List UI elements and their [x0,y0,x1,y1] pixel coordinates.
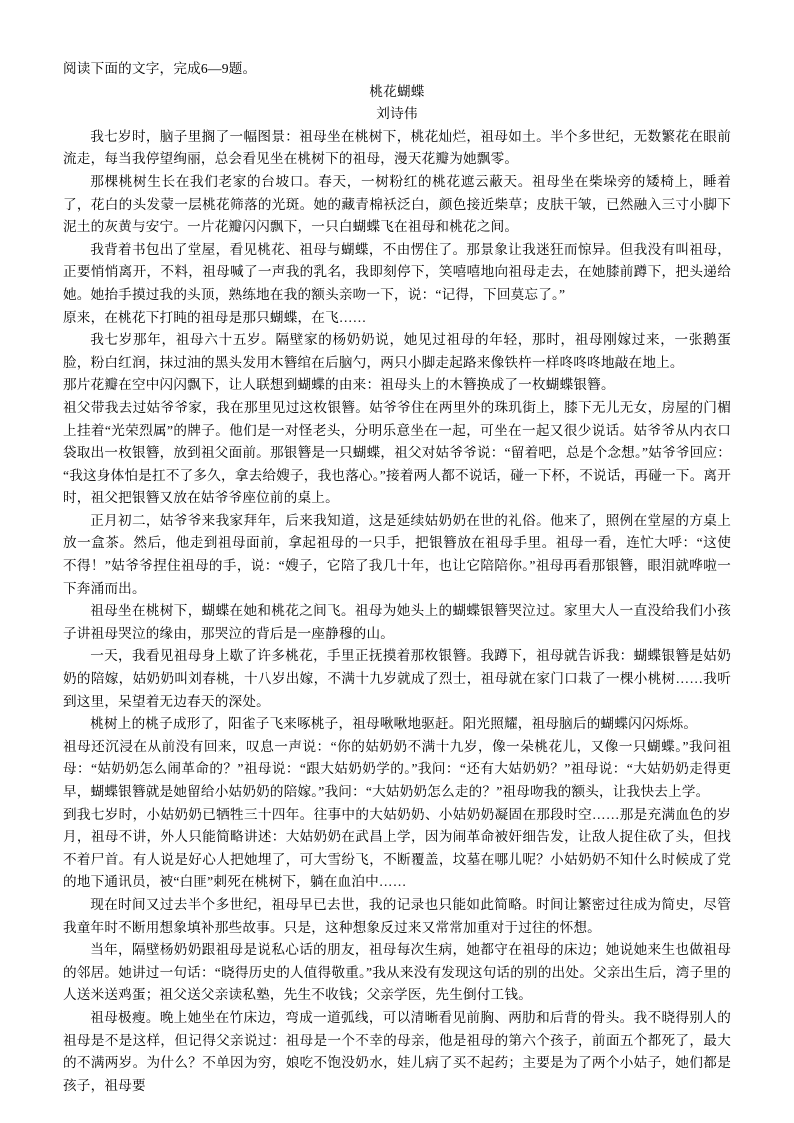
article-author: 刘诗伟 [63,103,731,126]
paragraph-7: 祖父带我去过姑爷爷家，我在那里见过这枚银簪。姑爷爷住在两里外的珠玑街上，膝下无儿… [63,397,731,510]
paragraph-1: 我七岁时，脑子里搁了一幅图景：祖母坐在桃树下，桃花灿烂，祖母如土。半个多世纪，无… [63,126,731,171]
paragraph-14: 现在时间又过去半个多世纪，祖母早已去世，我的记录也只能如此简略。时间让繁密过往成… [63,894,731,939]
paragraph-15: 当年，隔壁杨奶奶跟祖母是说私心话的朋友，祖母每次生病，她都守在祖母的床边；她说她… [63,939,731,1007]
paragraph-5: 我七岁那年，祖母六十五岁。隔壁家的杨奶奶说，她见过祖母的年轻，那时，祖母刚嫁过来… [63,329,731,374]
paragraph-11: 桃树上的桃子成形了，阳雀子飞来啄桃子，祖母啾啾地驱赶。阳光照耀，祖母脑后的蝴蝶闪… [63,713,731,736]
paragraph-8: 正月初二，姑爷爷来我家拜年，后来我知道，这是延续姑奶奶在世的礼俗。他来了，照例在… [63,510,731,600]
article-title: 桃花蝴蝶 [63,81,731,104]
paragraph-2: 那棵桃树生长在我们老家的台坡口。春天，一树粉红的桃花遮云蔽天。祖母坐在柴垛旁的矮… [63,171,731,239]
article-body: 我七岁时，脑子里搁了一幅图景：祖母坐在桃树下，桃花灿烂，祖母如土。半个多世纪，无… [63,126,731,1098]
reading-instruction: 阅读下面的文字，完成6—9题。 [63,58,731,81]
document-page: 阅读下面的文字，完成6—9题。 桃花蝴蝶 刘诗伟 我七岁时，脑子里搁了一幅图景：… [0,0,794,1123]
paragraph-4: 原来，在桃花下打盹的祖母是那只蝴蝶，在飞…… [63,307,731,330]
paragraph-12: 祖母还沉浸在从前没有回来，叹息一声说：“你的姑奶奶不满十九岁，像一朵桃花儿，又像… [63,736,731,804]
paragraph-3: 我背着书包出了堂屋，看见桃花、祖母与蝴蝶，不由愣住了。那景象让我迷狂而惊异。但我… [63,239,731,307]
paragraph-6: 那片花瓣在空中闪闪飘下，让人联想到蝴蝶的由来：祖母头上的木簪换成了一枚蝴蝶银簪。 [63,374,731,397]
paragraph-9: 祖母坐在桃树下，蝴蝶在她和桃花之间飞。祖母为她头上的蝴蝶银簪哭泣过。家里大人一直… [63,600,731,645]
paragraph-16: 祖母极瘦。晚上她坐在竹床边，弯成一道弧线，可以清晰看见前胸、两肋和后背的骨头。我… [63,1007,731,1097]
paragraph-10: 一天，我看见祖母身上歇了许多桃花，手里正抚摸着那枚银簪。我蹲下，祖母就告诉我：蝴… [63,645,731,713]
paragraph-13: 到我七岁时，小姑奶奶已牺牲三十四年。往事中的大姑奶奶、小姑奶奶凝固在那段时空……… [63,804,731,894]
